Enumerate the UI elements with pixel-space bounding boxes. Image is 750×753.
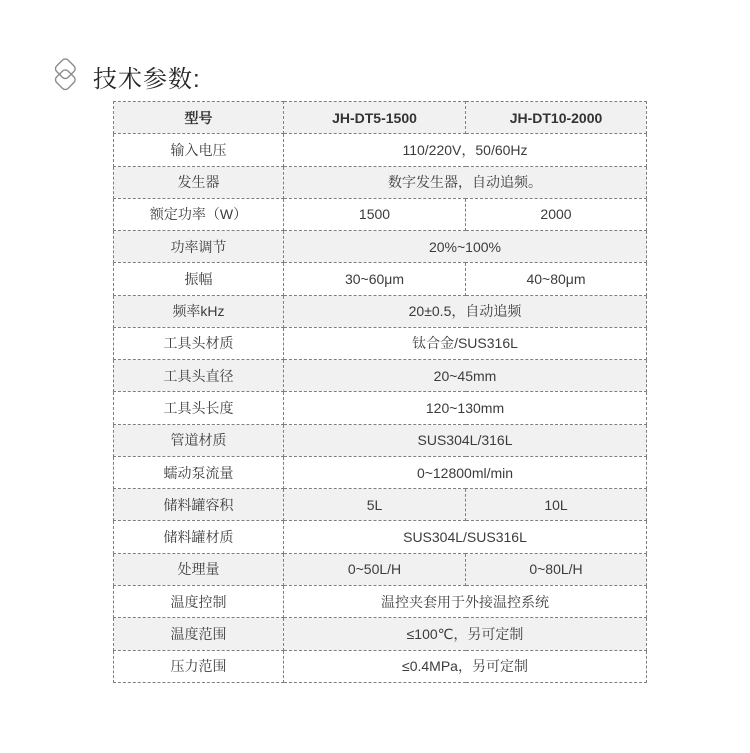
- spec-value: ≤0.4MPa，另可定制: [284, 650, 647, 682]
- spec-row-3: 额定功率（W）15002000: [114, 198, 647, 230]
- header-model-label: 型号: [114, 102, 284, 134]
- spec-value: 20%~100%: [284, 231, 647, 263]
- spec-value-model-1: 30~60μm: [284, 263, 466, 295]
- spec-row-8: 工具头直径20~45mm: [114, 360, 647, 392]
- spec-value-model-2: 10L: [466, 489, 647, 521]
- spec-label: 输入电压: [114, 134, 284, 166]
- spec-value-model-2: 2000: [466, 198, 647, 230]
- spec-row-9: 工具头长度120~130mm: [114, 392, 647, 424]
- spec-row-4: 功率调节20%~100%: [114, 231, 647, 263]
- spec-label: 工具头材质: [114, 327, 284, 359]
- spec-value-model-2: 40~80μm: [466, 263, 647, 295]
- spec-row-1: 输入电压110/220V，50/60Hz: [114, 134, 647, 166]
- spec-value: 120~130mm: [284, 392, 647, 424]
- spec-value-model-1: 1500: [284, 198, 466, 230]
- spec-value: 20±0.5，自动追频: [284, 295, 647, 327]
- spec-row-17: 压力范围≤0.4MPa，另可定制: [114, 650, 647, 682]
- spec-value-model-1: 5L: [284, 489, 466, 521]
- spec-value: SUS304L/316L: [284, 424, 647, 456]
- spec-value-model-2: 0~80L/H: [466, 553, 647, 585]
- spec-row-14: 处理量0~50L/H0~80L/H: [114, 553, 647, 585]
- spec-label: 蠕动泵流量: [114, 456, 284, 488]
- spec-label: 功率调节: [114, 231, 284, 263]
- spec-label: 发生器: [114, 166, 284, 198]
- spec-value: SUS304L/SUS316L: [284, 521, 647, 553]
- spec-value: 数字发生器，自动追频。: [284, 166, 647, 198]
- spec-row-7: 工具头材质钛合金/SUS316L: [114, 327, 647, 359]
- spec-label: 温度控制: [114, 585, 284, 617]
- spec-label: 储料罐容积: [114, 489, 284, 521]
- stacked-diamonds-icon: [52, 58, 84, 95]
- header-model-1: JH-DT5-1500: [284, 102, 466, 134]
- spec-row-16: 温度范围≤100℃，另可定制: [114, 618, 647, 650]
- page: 技术参数: 型号 JH-DT5-1500 JH-DT10-2000 输入电压11…: [0, 0, 750, 753]
- spec-row-13: 储料罐材质SUS304L/SUS316L: [114, 521, 647, 553]
- spec-value: 0~12800ml/min: [284, 456, 647, 488]
- spec-row-11: 蠕动泵流量0~12800ml/min: [114, 456, 647, 488]
- spec-label: 压力范围: [114, 650, 284, 682]
- table-header-row: 型号 JH-DT5-1500 JH-DT10-2000: [114, 102, 647, 134]
- spec-value: ≤100℃，另可定制: [284, 618, 647, 650]
- section-title: 技术参数:: [52, 57, 201, 95]
- spec-label: 管道材质: [114, 424, 284, 456]
- spec-value: 110/220V，50/60Hz: [284, 134, 647, 166]
- page-title: 技术参数:: [93, 59, 201, 94]
- spec-value: 温控夹套用于外接温控系统: [284, 585, 647, 617]
- spec-row-2: 发生器数字发生器，自动追频。: [114, 166, 647, 198]
- spec-label: 工具头长度: [114, 392, 284, 424]
- spec-label: 工具头直径: [114, 360, 284, 392]
- header-model-2: JH-DT10-2000: [466, 102, 647, 134]
- spec-label: 频率kHz: [114, 295, 284, 327]
- spec-label: 振幅: [114, 263, 284, 295]
- spec-label: 额定功率（W）: [114, 198, 284, 230]
- spec-label: 处理量: [114, 553, 284, 585]
- spec-label: 储料罐材质: [114, 521, 284, 553]
- spec-row-12: 储料罐容积5L10L: [114, 489, 647, 521]
- spec-row-15: 温度控制温控夹套用于外接温控系统: [114, 585, 647, 617]
- spec-value: 钛合金/SUS316L: [284, 327, 647, 359]
- spec-row-10: 管道材质SUS304L/316L: [114, 424, 647, 456]
- spec-value: 20~45mm: [284, 360, 647, 392]
- spec-table: 型号 JH-DT5-1500 JH-DT10-2000 输入电压110/220V…: [113, 101, 647, 683]
- spec-value-model-1: 0~50L/H: [284, 553, 466, 585]
- spec-label: 温度范围: [114, 618, 284, 650]
- spec-row-5: 振幅30~60μm40~80μm: [114, 263, 647, 295]
- spec-table-body: 型号 JH-DT5-1500 JH-DT10-2000 输入电压110/220V…: [114, 102, 647, 683]
- spec-row-6: 频率kHz20±0.5，自动追频: [114, 295, 647, 327]
